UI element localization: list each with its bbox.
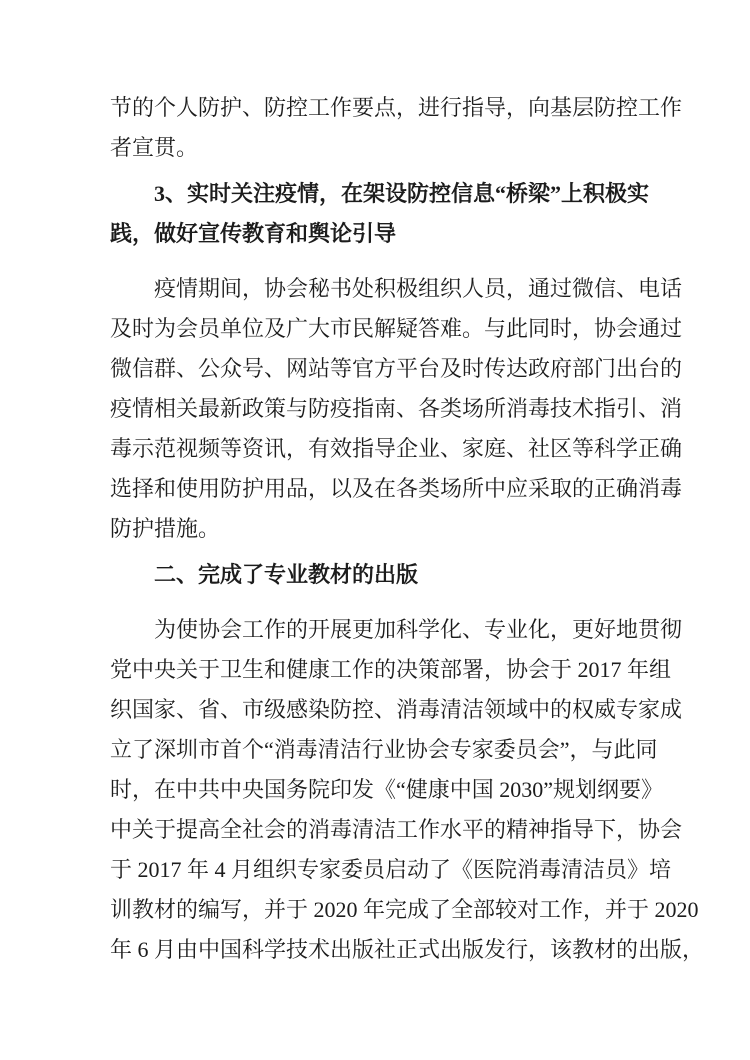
- section-heading: 3、实时关注疫情，在架设防控信息“桥梁”上积极实践，做好宣传教育和舆论引导: [110, 174, 638, 254]
- text-line: 疫情相关最新政策与防疫指南、各类场所消毒技术指引、消: [110, 389, 638, 429]
- text-line: 毒示范视频等资讯，有效指导企业、家庭、社区等科学正确: [110, 429, 638, 469]
- text-line: 织国家、省、市级感染防控、消毒清洁领域中的权威专家成: [110, 690, 638, 730]
- text-line: 党中央关于卫生和健康工作的决策部署，协会于 2017 年组: [110, 650, 638, 690]
- text-line: 为使协会工作的开展更加科学化、专业化，更好地贯彻: [110, 610, 638, 650]
- text-line: 节的个人防护、防控工作要点，进行指导，向基层防控工作: [110, 88, 638, 128]
- text-line: 中关于提高全社会的消毒清洁工作水平的精神指导下，协会: [110, 810, 638, 850]
- text-line: 选择和使用防护用品，以及在各类场所中应采取的正确消毒: [110, 469, 638, 509]
- document-page: 节的个人防护、防控工作要点，进行指导，向基层防控工作者宣贯。3、实时关注疫情，在…: [0, 0, 750, 1060]
- heading-line: 践，做好宣传教育和舆论引导: [110, 214, 638, 254]
- text-line: 立了深圳市首个“消毒清洁行业协会专家委员会”，与此同: [110, 730, 638, 770]
- text-line: 于 2017 年 4 月组织专家委员启动了《医院消毒清洁员》培: [110, 850, 638, 890]
- heading-line: 3、实时关注疫情，在架设防控信息“桥梁”上积极实: [110, 174, 638, 214]
- text-line: 疫情期间，协会秘书处积极组织人员，通过微信、电话: [110, 269, 638, 309]
- text-line: 防护措施。: [110, 509, 638, 549]
- text-line: 时，在中共中央国务院印发《“健康中国 2030”规划纲要》: [110, 770, 638, 810]
- heading-line: 二、完成了专业教材的出版: [110, 555, 638, 595]
- paragraph: 节的个人防护、防控工作要点，进行指导，向基层防控工作者宣贯。: [110, 88, 638, 168]
- text-line: 训教材的编写，并于 2020 年完成了全部较对工作，并于 2020: [110, 890, 638, 930]
- text-line: 及时为会员单位及广大市民解疑答难。与此同时，协会通过: [110, 309, 638, 349]
- paragraph: 为使协会工作的开展更加科学化、专业化，更好地贯彻党中央关于卫生和健康工作的决策部…: [110, 610, 638, 970]
- text-line: 年 6 月由中国科学技术出版社正式出版发行，该教材的出版，: [110, 930, 638, 970]
- paragraph: 疫情期间，协会秘书处积极组织人员，通过微信、电话及时为会员单位及广大市民解疑答难…: [110, 269, 638, 549]
- section-heading: 二、完成了专业教材的出版: [110, 555, 638, 595]
- text-line: 者宣贯。: [110, 128, 638, 168]
- document-body: 节的个人防护、防控工作要点，进行指导，向基层防控工作者宣贯。3、实时关注疫情，在…: [110, 88, 638, 970]
- text-line: 微信群、公众号、网站等官方平台及时传达政府部门出台的: [110, 349, 638, 389]
